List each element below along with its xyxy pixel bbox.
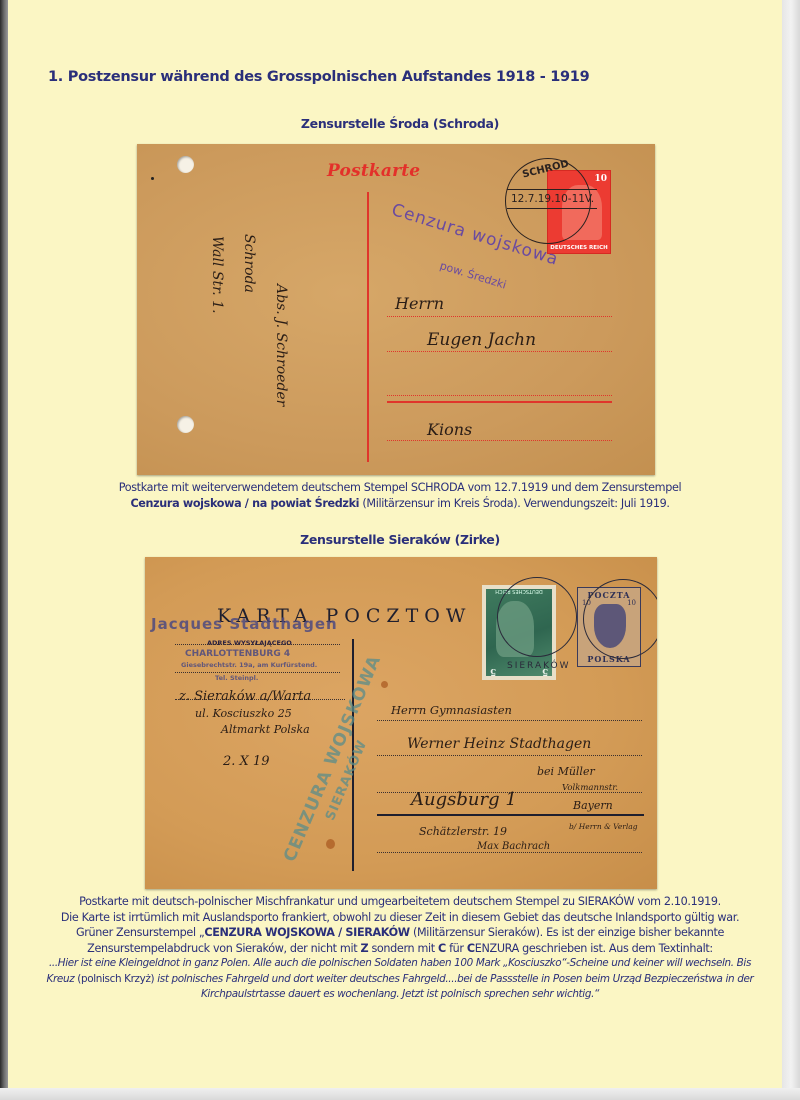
address-town: Kions (427, 420, 472, 439)
punch-hole (177, 156, 194, 173)
address-line (387, 395, 612, 396)
caption-bold: C (467, 942, 475, 955)
address-line-solid (387, 401, 612, 403)
quote-text: Kreuz (47, 973, 75, 985)
divider-line (367, 192, 369, 462)
caption-1-line2-rest: (Militärzensur im Kreis Środa). Verwendu… (359, 497, 669, 510)
caption-2-line1: Postkarte mit deutsch-polnischer Mischfr… (0, 894, 800, 910)
postmark-sierakow (583, 579, 657, 659)
censor-stamp-line1: CENZURA WOJSKOWA (280, 652, 385, 865)
sender-stamp-name: Jacques Stadthagen (151, 615, 338, 633)
address-signature: Max Bachrach (477, 841, 550, 852)
postcard-sierakow: KARTA POCZTOW Jacques Stadthagen ADRES W… (145, 557, 657, 889)
censor-name: Cenzura wojskowa / na powiat Średzki (130, 497, 359, 510)
sheet-edge-bottom (0, 1088, 800, 1100)
caption-2-line2: Die Karte ist irrtümlich mit Auslandspor… (0, 910, 800, 926)
address-line (377, 852, 642, 853)
quote-line3: Kirchpaulstrtasse dauert es wochenlang. … (0, 987, 800, 1003)
censor-name: CENZURA WOJSKOWA / SIERAKÓW (204, 926, 409, 939)
sender-stamp-line: Tel. Steinpl. (215, 674, 258, 682)
sender-line: Schroda (241, 234, 257, 293)
sender-line (175, 672, 340, 673)
sender-handwriting: z. Sieraków a/Warta (179, 689, 311, 704)
address-line (387, 316, 612, 317)
address-name: Eugen Jachn (427, 330, 536, 350)
quote-line2: Kreuz (polnisch Krzyż) ist polnisches Fa… (0, 972, 800, 988)
stamp-value: 10 (594, 174, 607, 184)
quote-text: ist polnisches Fahrgeld und dort weiter … (157, 973, 753, 985)
censor-stamp-line2: pow. Średzki (438, 259, 508, 292)
address-line1: Herrn Gymnasiasten (391, 703, 512, 717)
caption-2-line4: Zensurstempelabdruck von Sieraków, der n… (0, 941, 800, 957)
sender-stamp-line: CHARLOTTENBURG 4 (185, 649, 290, 659)
sender-handwriting: ul. Kosciuszko 25 (195, 707, 292, 720)
address-line-solid (377, 814, 644, 816)
caption-2-line3: Grüner Zensurstempel „CENZURA WOJSKOWA /… (0, 925, 800, 941)
caption-text: Zensurstempelabdruck von Sieraków, der n… (87, 942, 360, 955)
ink-dot (151, 177, 154, 180)
postmark-sierakow (497, 577, 577, 657)
caption-text: Grüner Zensurstempel „ (76, 926, 204, 939)
caption-text: für (446, 942, 467, 955)
sender-handwriting: Altmarkt Polska (221, 723, 310, 736)
address-line (377, 755, 642, 756)
caption-1-line2: Cenzura wojskowa / na powiat Średzki (Mi… (0, 496, 800, 512)
sender-line (175, 644, 340, 645)
stain (381, 681, 388, 688)
caption-2: Postkarte mit deutsch-polnischer Mischfr… (0, 894, 800, 1003)
sender-stamp-line: Giesebrechtstr. 19a, am Kurfürstend. (181, 661, 317, 669)
address-care-of: bei Müller (537, 765, 595, 778)
quote-line1: ...Hier ist eine Kleingeldnot in ganz Po… (0, 956, 800, 972)
stain (326, 839, 335, 849)
postcard-schroda: Postkarte Abs. J. Schroeder Schroda Wall… (137, 144, 655, 475)
quote-text: (polnisch Krzyż) (74, 973, 157, 985)
address-region: Bayern (573, 799, 613, 812)
address-line (377, 720, 642, 721)
caption-1-line1: Postkarte mit weiterverwendetem deutsche… (0, 480, 800, 496)
sender-line: Wall Str. 1. (209, 236, 225, 314)
postmark-date: 12.7.19.10-11V. (507, 189, 597, 209)
caption-text: (Militärzensur Sieraków). Es ist der ein… (410, 926, 724, 939)
address-line (387, 440, 612, 441)
address-name: Werner Heinz Stadthagen (407, 736, 591, 752)
section2-title: Zensurstelle Sieraków (Zirke) (0, 532, 800, 547)
caption-1: Postkarte mit weiterverwendetem deutsche… (0, 480, 800, 511)
stamp-value: 5 (490, 666, 496, 676)
sender-label: ADRES WYSYŁAJĄCEGO (207, 639, 292, 647)
postkarte-header: Postkarte (327, 161, 420, 181)
caption-bold: C (438, 942, 446, 955)
address-city: Augsburg 1 (411, 789, 517, 810)
caption-text: ENZURA geschrieben ist. Aus dem Textinha… (475, 942, 713, 955)
page-heading: 1. Postzensur während des Grosspolnische… (48, 69, 589, 85)
postmark-town: SIERAKÓW (507, 661, 571, 671)
caption-text: sondern mit (368, 942, 438, 955)
address-street: Schätzlerstr. 19 (419, 825, 507, 838)
address-line (387, 351, 612, 352)
section1-title: Zensurstelle Środa (Schroda) (0, 116, 800, 131)
date-written: 2. X 19 (223, 754, 269, 769)
address-herrn: Herrn (395, 294, 444, 313)
address-note: b/ Herrn & Verlag (569, 822, 638, 831)
sender-line: Abs. J. Schroeder (273, 284, 289, 475)
punch-hole (177, 416, 194, 433)
address-street-note: Volkmannstr. (562, 783, 618, 793)
